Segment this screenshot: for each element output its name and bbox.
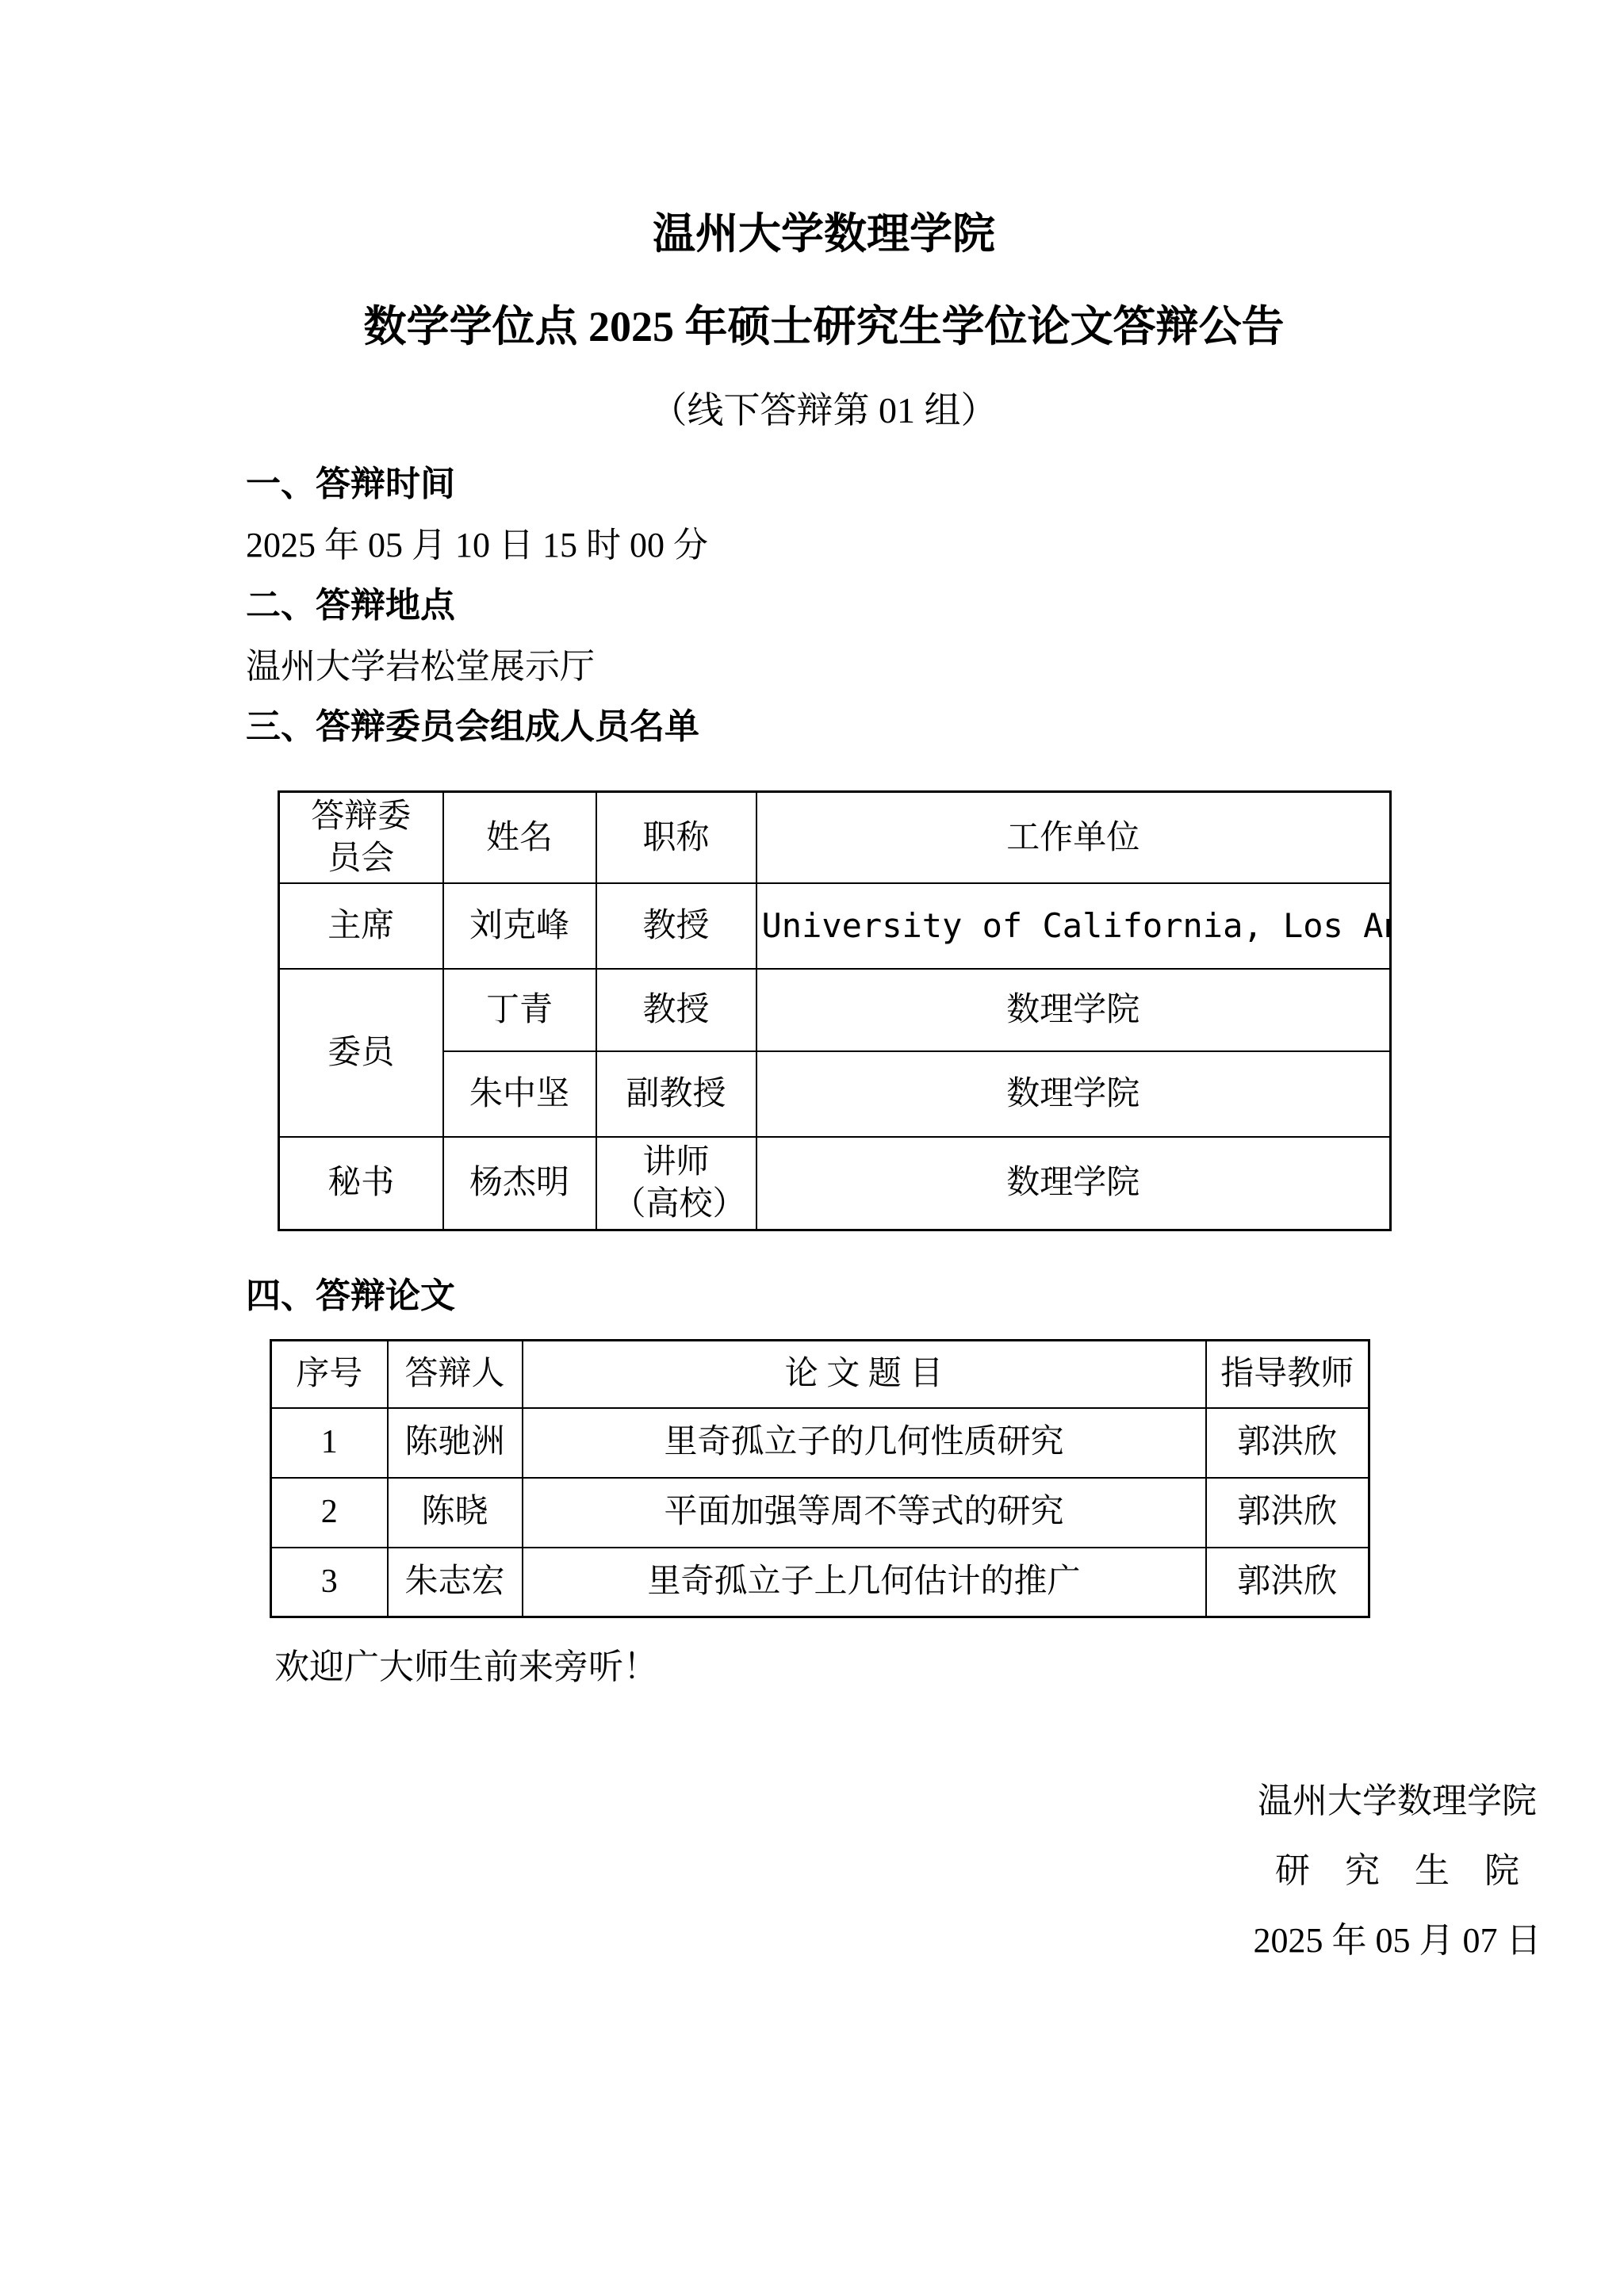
committee-row-secretary: 秘书 杨杰明 讲师（高校） 数理学院 xyxy=(279,1137,1391,1230)
committee-title-cell: 教授 xyxy=(596,883,756,969)
announcement-document: 温州大学数理学院 数学学位点 2025 年硕士研究生学位论文答辩公告 （线下答辩… xyxy=(0,0,1624,1961)
thesis-title-cell: 里奇孤立子上几何估计的推广 xyxy=(523,1548,1206,1617)
committee-role-cell: 主席 xyxy=(279,883,443,969)
thesis-col-header-defender: 答辩人 xyxy=(388,1341,523,1408)
signature-org: 温州大学数理学院 xyxy=(1223,1782,1572,1820)
section-time-heading: 一、答辩时间 xyxy=(246,465,1402,503)
committee-row-chair: 主席 刘克峰 教授 University of California, Los … xyxy=(279,883,1391,969)
committee-org-cell: 数理学院 xyxy=(756,969,1391,1051)
thesis-row-3: 3 朱志宏 里奇孤立子上几何估计的推广 郭洪欣 xyxy=(271,1548,1369,1617)
thesis-col-header-advisor: 指导教师 xyxy=(1206,1341,1369,1408)
committee-name-cell: 朱中坚 xyxy=(443,1051,596,1137)
thesis-advisor-cell: 郭洪欣 xyxy=(1206,1478,1369,1548)
thesis-no-cell: 3 xyxy=(271,1548,388,1617)
committee-role-cell-member: 委员 xyxy=(279,969,443,1137)
thesis-header-row: 序号 答辩人 论 文 题 目 指导教师 xyxy=(271,1341,1369,1408)
committee-name-cell: 杨杰明 xyxy=(443,1137,596,1230)
thesis-col-header-title: 论 文 题 目 xyxy=(523,1341,1206,1408)
thesis-defender-cell: 陈晓 xyxy=(388,1478,523,1548)
committee-name-cell: 丁青 xyxy=(443,969,596,1051)
committee-title-cell: 讲师（高校） xyxy=(596,1137,756,1230)
committee-row-member-2: 朱中坚 副教授 数理学院 xyxy=(279,1051,1391,1137)
defense-place-value: 温州大学岩松堂展示厅 xyxy=(246,648,1402,686)
thesis-title-cell: 里奇孤立子的几何性质研究 xyxy=(523,1408,1206,1478)
committee-header-row: 答辩委员会 姓名 职称 工作单位 xyxy=(279,792,1391,884)
document-page: { "header": { "title1": "温州大学数理学院", "tit… xyxy=(0,0,1624,2296)
committee-title-cell: 副教授 xyxy=(596,1051,756,1137)
thesis-advisor-cell: 郭洪欣 xyxy=(1206,1408,1369,1478)
thesis-no-cell: 2 xyxy=(271,1478,388,1548)
committee-col-header-role: 答辩委员会 xyxy=(279,792,443,884)
thesis-defender-cell: 陈驰洲 xyxy=(388,1408,523,1478)
thesis-row-1: 1 陈驰洲 里奇孤立子的几何性质研究 郭洪欣 xyxy=(271,1408,1369,1478)
committee-row-member-1: 委员 丁青 教授 数理学院 xyxy=(279,969,1391,1051)
section-committee-heading: 三、答辩委员会组成人员名单 xyxy=(246,708,1402,746)
closing-invitation: 欢迎广大师生前来旁听！ xyxy=(274,1648,1402,1686)
thesis-col-header-no: 序号 xyxy=(271,1341,388,1408)
committee-role-cell: 秘书 xyxy=(279,1137,443,1230)
section-thesis-heading: 四、答辩论文 xyxy=(246,1277,1402,1315)
thesis-row-2: 2 陈晓 平面加强等周不等式的研究 郭洪欣 xyxy=(271,1478,1369,1548)
thesis-advisor-cell: 郭洪欣 xyxy=(1206,1548,1369,1617)
signature-grad-school: 研 究 生 院 xyxy=(1223,1852,1572,1890)
committee-org-cell: 数理学院 xyxy=(756,1137,1391,1230)
thesis-title-cell: 平面加强等周不等式的研究 xyxy=(523,1478,1206,1548)
committee-org-cell: 数理学院 xyxy=(756,1051,1391,1137)
thesis-no-cell: 1 xyxy=(271,1408,388,1478)
signature-date: 2025 年 05 月 07 日 xyxy=(1223,1922,1572,1960)
page-title-line2: 数学学位点 2025 年硕士研究生学位论文答辩公告 xyxy=(246,304,1402,350)
committee-org-cell: University of California, Los Angeles xyxy=(756,883,1391,969)
signature-block: 温州大学数理学院 研 究 生 院 2025 年 05 月 07 日 xyxy=(1223,1782,1572,1961)
committee-col-header-title: 职称 xyxy=(596,792,756,884)
section-place-heading: 二、答辩地点 xyxy=(246,587,1402,625)
page-title: 温州大学数理学院 xyxy=(246,211,1402,258)
committee-col-header-org: 工作单位 xyxy=(756,792,1391,884)
thesis-table: 序号 答辩人 论 文 题 目 指导教师 1 陈驰洲 里奇孤立子的几何性质研究 郭… xyxy=(270,1339,1370,1618)
committee-table: 答辩委员会 姓名 职称 工作单位 主席 刘克峰 教授 University of… xyxy=(278,790,1392,1231)
committee-title-cell: 教授 xyxy=(596,969,756,1051)
thesis-defender-cell: 朱志宏 xyxy=(388,1548,523,1617)
defense-time-value: 2025 年 05 月 10 日 15 时 00 分 xyxy=(246,526,1402,564)
committee-name-cell: 刘克峰 xyxy=(443,883,596,969)
committee-col-header-name: 姓名 xyxy=(443,792,596,884)
group-label: （线下答辩第 01 组） xyxy=(246,391,1402,431)
